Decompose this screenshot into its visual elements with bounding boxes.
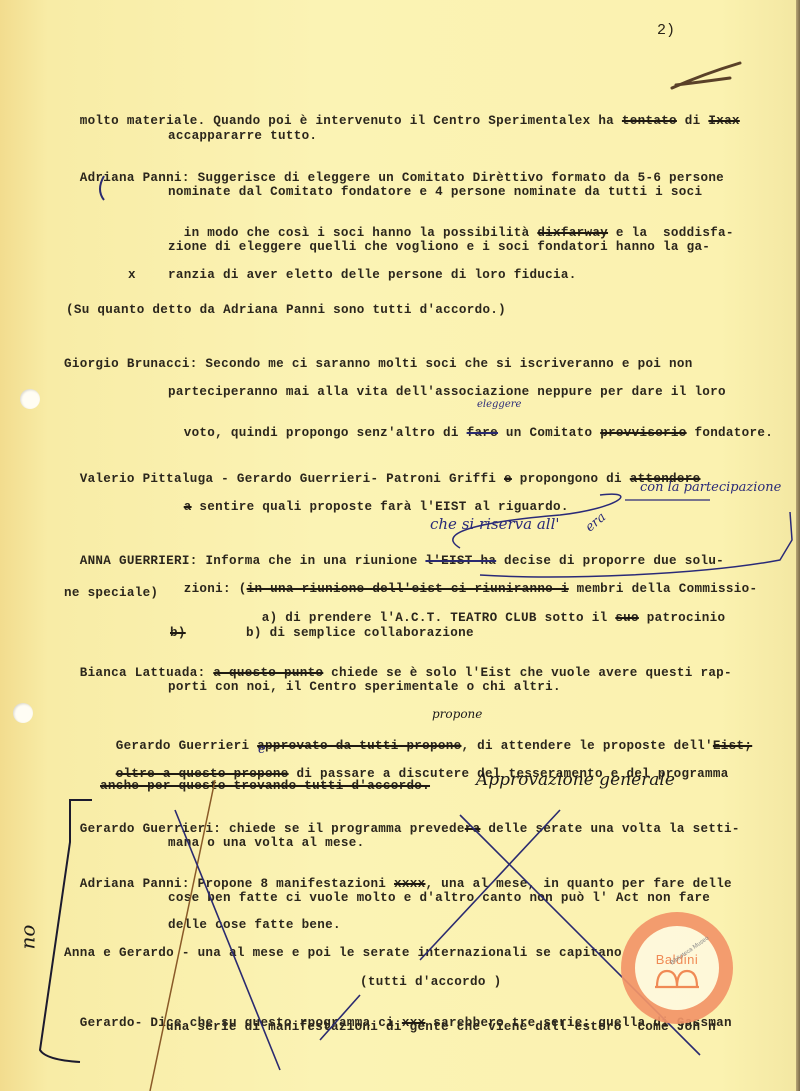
text-line: ANNA GUERRIERI: Informa che in una riuni…	[64, 540, 724, 568]
text-line: in modo che così i soci hanno la possibi…	[168, 212, 734, 240]
text-line: a sentire quali proposte farà l'EIST al …	[168, 486, 569, 514]
book-logo-icon	[654, 967, 700, 989]
struck-text: l'EIST ha	[425, 554, 496, 568]
text-line: x	[128, 268, 136, 282]
text-line: accappararre tutto.	[168, 129, 317, 143]
text-line: Anna e Gerardo - una al mese e poi le se…	[64, 946, 622, 960]
struck-text: b)	[170, 626, 186, 640]
text-line: zione di eleggere quelli che vogliono e …	[168, 240, 710, 254]
text-line: (tutti d'accordo )	[360, 975, 501, 989]
page-number: 2)	[657, 22, 675, 39]
handwritten-che-si-riserva: che si riserva all'	[430, 515, 560, 533]
text-line: mana o una volta al mese.	[168, 836, 364, 850]
text-line: Gerardo Guerrieri: chiede se il programm…	[64, 808, 740, 836]
struck-text: Eist;	[713, 739, 752, 753]
struck-text: tentato	[622, 114, 677, 128]
text-line: una serie di manifestazioni di gente che…	[166, 1020, 716, 1034]
punch-hole-top	[20, 389, 40, 409]
text-line: Bianca Lattuada: a questo punto chiede s…	[64, 652, 732, 680]
handwritten-con-la-partecipazione: con la partecipazione	[640, 480, 781, 495]
text-line: nominate dal Comitato fondatore e 4 pers…	[168, 185, 702, 199]
text-line: Adriana Panni: Propone 8 manifestazioni …	[64, 863, 732, 891]
text-line: b) di semplice collaborazione	[246, 626, 474, 640]
struck-text: xxxx	[394, 877, 425, 891]
text-line: delle cose fatte bene.	[168, 918, 341, 932]
text-line: (Su quanto detto da Adriana Panni sono t…	[66, 303, 506, 317]
text-line: voto, quindi propongo senz'altro di fare…	[168, 412, 773, 440]
text-line: ranzia di aver eletto delle persone di l…	[168, 268, 577, 282]
handwritten-eleggere: eleggere	[477, 399, 521, 410]
handwritten-approvazione-generale: Approvazione generale	[476, 770, 675, 790]
struck-text: a questo punto	[213, 666, 323, 680]
text-line: molto materiale. Quando poi è intervenut…	[64, 100, 740, 128]
text-line: Giorgio Brunacci: Secondo me ci saranno …	[64, 357, 693, 371]
struck-text: in una riunione dell'eist ci riuniranno …	[247, 582, 569, 596]
struck-text: ra	[465, 822, 481, 836]
text-line: porti con noi, il Centro sperimentale o …	[168, 680, 561, 694]
text-line: Valerio Pittaluga - Gerardo Guerrieri- P…	[64, 458, 700, 486]
struck-text: suo	[615, 611, 639, 625]
handwritten-propone: propone	[432, 707, 482, 721]
struck-text: provvisorio	[600, 426, 686, 440]
text-line: a) di prendere l'A.C.T. TEATRO CLUB sott…	[246, 597, 725, 625]
handwritten-era: era	[583, 510, 609, 535]
struck-text: Ixax	[708, 114, 739, 128]
text-line: Adriana Panni: Suggerisce di eleggere un…	[64, 157, 724, 185]
text-line: parteciperanno mai alla vita dell'associ…	[168, 385, 726, 399]
struck-text: e	[504, 472, 512, 486]
struck-text: approvato da tutti propone	[257, 739, 461, 753]
library-stamp: Biblioteca Museo Baldini	[621, 912, 733, 1024]
struck-text: dixfarway	[537, 226, 608, 240]
punch-hole-bottom	[13, 703, 33, 723]
page-edge	[796, 0, 800, 1091]
speaker-name: Adriana Panni:	[80, 171, 198, 185]
text-line: ne speciale)	[64, 586, 158, 600]
text-line: Gerardo Guerrieri approvato da tutti pro…	[100, 725, 752, 753]
text-line: zioni: (in una riunione dell'eist ci riu…	[168, 568, 757, 596]
handwritten-margin-no: no	[15, 925, 39, 950]
struck-text: a	[184, 500, 192, 514]
struck-text: anche per questo trovando tutti d'accord…	[100, 779, 430, 793]
struck-text: fare	[467, 426, 498, 440]
text-line: cose ben fatte ci vuole molto e d'altro …	[168, 891, 710, 905]
handwritten-e: e	[258, 742, 266, 757]
